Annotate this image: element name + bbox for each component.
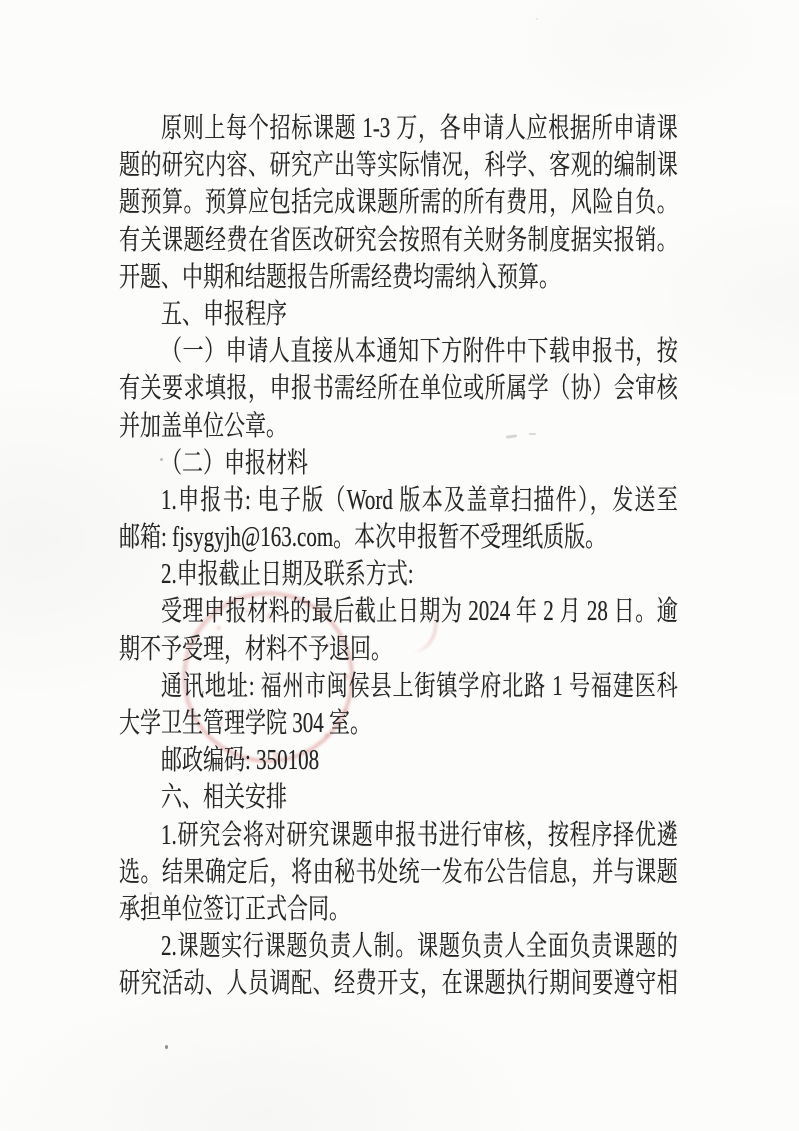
scan-noise-speck	[536, 18, 538, 20]
text-line: 有关要求填报，申报书需经所在单位或所属学（协）会审核	[119, 370, 678, 407]
text-line: 大学卫生管理学院 304 室。	[119, 705, 678, 742]
scanned-document-page: 原则上每个招标课题 1-3 万，各申请人应根据所申请课题的研究内容、研究产出等实…	[0, 0, 799, 1131]
scan-noise-speck	[160, 458, 163, 461]
text-line: 五、申报程序	[119, 296, 678, 333]
text-line: 邮箱: fjsygyjh@163.com。本次申报暂不受理纸质版。	[119, 519, 678, 556]
text-line: 有关课题经费在省医改研究会按照有关财务制度据实报销。	[119, 222, 678, 259]
text-line: 并加盖单位公章。	[119, 408, 678, 445]
text-line: 邮政编码: 350108	[119, 742, 678, 779]
text-line: 题的研究内容、研究产出等实际情况，科学、客观的编制课	[119, 147, 678, 184]
text-line: 原则上每个招标课题 1-3 万，各申请人应根据所申请课	[119, 110, 678, 147]
text-line: 2.申报截止日期及联系方式:	[119, 556, 678, 593]
text-line: （一）申请人直接从本通知下方附件中下载申报书，按	[119, 333, 678, 370]
text-line: （二）申报材料	[119, 445, 678, 482]
text-line: 期不予受理，材料不予退回。	[119, 631, 678, 668]
text-line: 研究活动、人员调配、经费开支，在课题执行期间要遵守相	[119, 965, 678, 1002]
scan-noise-speck	[149, 892, 152, 895]
text-line: 承担单位签订正式合同。	[119, 891, 678, 928]
text-line: 开题、中期和结题报告所需经费均需纳入预算。	[119, 259, 678, 296]
text-line: 题预算。预算应包括完成课题所需的所有费用，风险自负。	[119, 184, 678, 221]
text-line: 受理申报材料的最后截止日期为 2024 年 2 月 28 日。逾	[119, 593, 678, 630]
document-text-block: 原则上每个招标课题 1-3 万，各申请人应根据所申请课题的研究内容、研究产出等实…	[119, 110, 678, 1003]
scan-noise-speck	[165, 1045, 168, 1049]
scan-noise-speck	[529, 433, 536, 435]
text-line: 1.申报书: 电子版（Word 版本及盖章扫描件），发送至	[119, 482, 678, 519]
text-line: 2.课题实行课题负责人制。课题负责人全面负责课题的	[119, 928, 678, 965]
text-line: 六、相关安排	[119, 779, 678, 816]
text-line: 通讯地址: 福州市闽侯县上街镇学府北路 1 号福建医科	[119, 668, 678, 705]
scan-noise-speck	[525, 138, 531, 140]
text-line: 1.研究会将对研究课题申报书进行审核，按程序择优遴	[119, 817, 678, 854]
text-line: 选。结果确定后，将由秘书处统一发布公告信息，并与课题	[119, 854, 678, 891]
